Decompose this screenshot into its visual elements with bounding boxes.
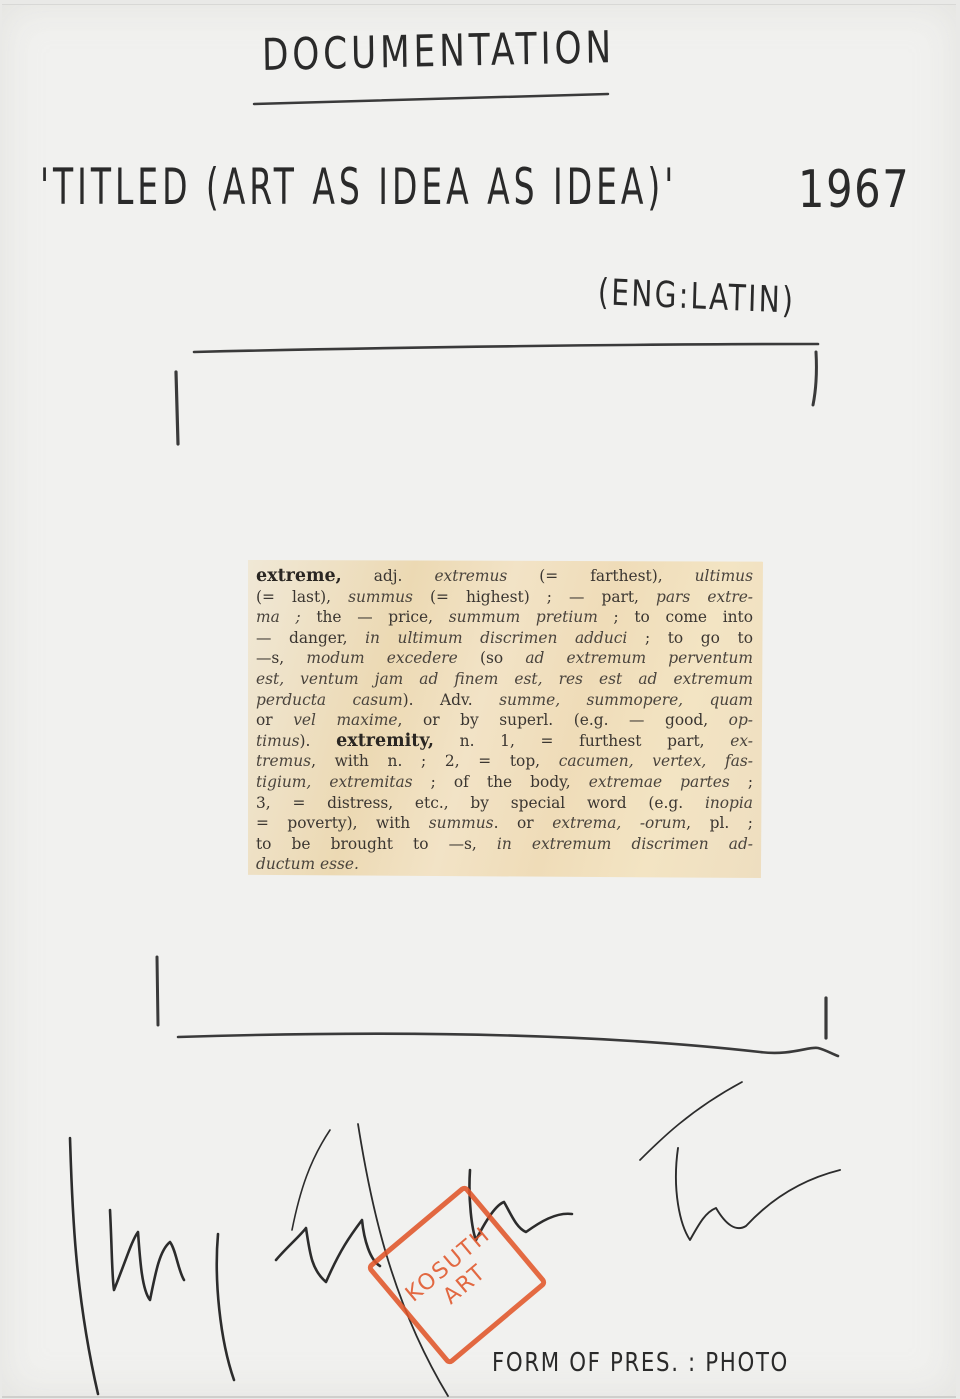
clipping-line: ductum esse. xyxy=(256,854,753,875)
clipping-line: = poverty), with summus. or extrema, -or… xyxy=(256,813,753,834)
clipping-line: ma ; the — price, summum pretium ; to co… xyxy=(256,607,753,628)
clipping-line: extreme, adj. extremus (= farthest), ult… xyxy=(256,566,753,587)
clipping-line: — danger, in ultimum discrimen adduci ; … xyxy=(256,628,753,649)
heading-documentation: DOCUMENTATION xyxy=(262,22,616,81)
clipping-line: tremus, with n. ; 2, = top, cacumen, ver… xyxy=(256,751,753,772)
clipping-line: timus). extremity, n. 1, = furthest part… xyxy=(256,731,753,752)
translation-note: (ENG:LATIN) xyxy=(597,272,795,322)
clipping-line: est, ventum jam ad finem est, res est ad… xyxy=(256,669,753,690)
clipping-line: to be brought to —s, in extremum discrim… xyxy=(256,834,753,855)
clipping-line: 3, = distress, etc., by special word (e.… xyxy=(256,793,753,814)
dictionary-clipping: extreme, adj. extremus (= farthest), ult… xyxy=(248,560,763,878)
clipping-line: —s, modum excedere (so ad extremum perve… xyxy=(256,648,753,669)
artwork-title: 'TITLED (ART AS IDEA AS IDEA)' xyxy=(40,158,677,216)
clipping-line: or vel maxime, or by superl. (e.g. — goo… xyxy=(256,710,753,731)
clipping-line: tigium, extremitas ; of the body, extrem… xyxy=(256,772,753,793)
clipping-line: (= last), summus (= highest) ; — part, p… xyxy=(256,587,753,608)
artwork-year: 1967 xyxy=(798,160,910,220)
form-of-presentation-note: FORM OF PRES. : PHOTO xyxy=(492,1348,789,1378)
clipping-line: perducta casum). Adv. summe, summopere, … xyxy=(256,690,753,711)
